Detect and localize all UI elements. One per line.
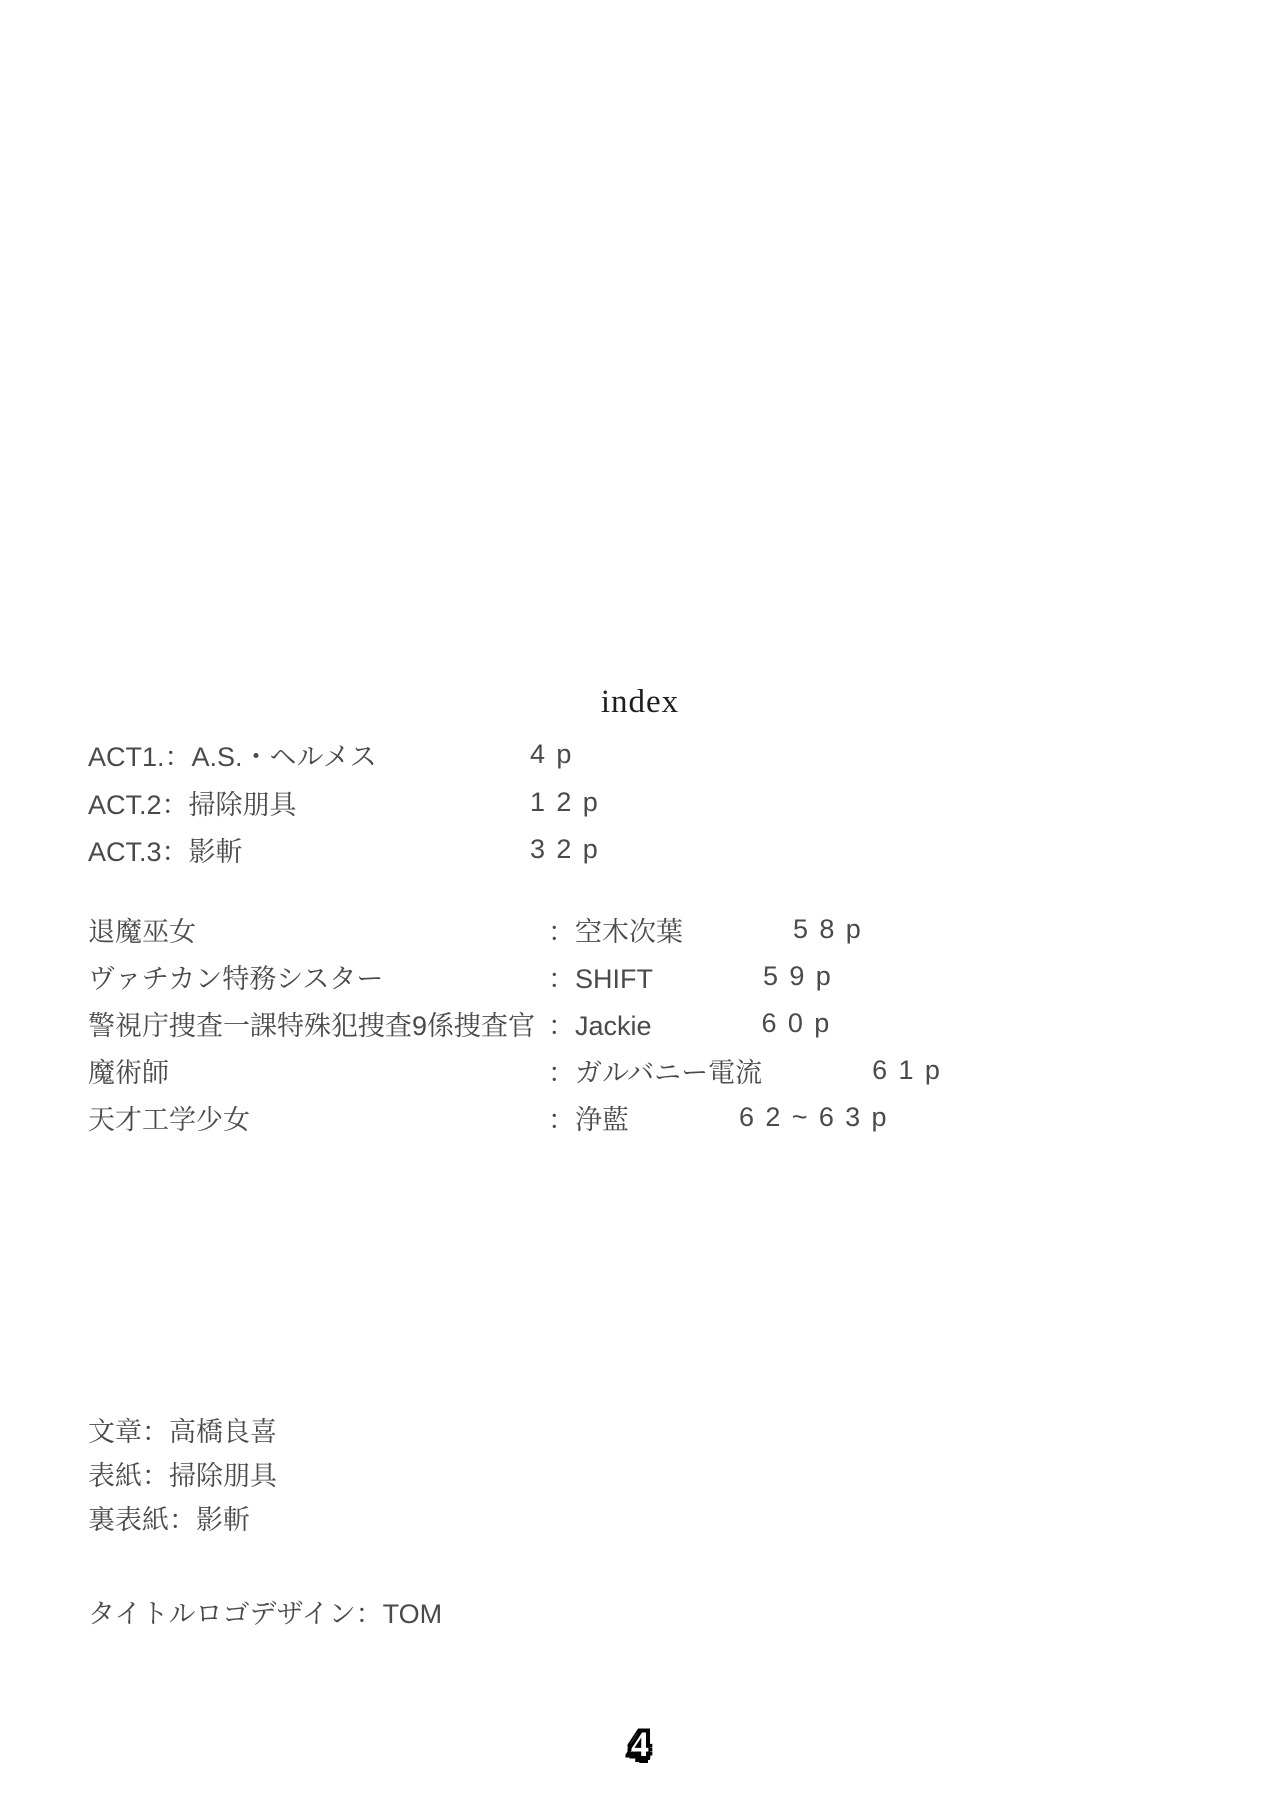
character-row: 警視庁捜査一課特殊犯捜査9係捜査官 ：Jackie 60p [88,1000,951,1047]
page-footer: 4 [0,1722,1280,1768]
character-artist: ：浄藍 [548,1098,629,1137]
character-page-number: 59p [763,961,842,992]
page-number: 4 [625,1722,655,1768]
character-page-number: 61p [872,1055,951,1086]
act-list: ACT1.：A.S.・ヘルメス 4p ACT.2：掃除朋具 12p ACT.3：… [88,731,609,874]
character-role: ヴァチカン特務シスター [88,957,548,996]
character-artist: ：SHIFT [548,957,653,996]
act-title: ACT1.：A.S.・ヘルメス [88,735,530,774]
credit-line: 裏表紙：影斬 [88,1498,277,1542]
index-page: index ACT1.：A.S.・ヘルメス 4p ACT.2：掃除朋具 12p … [0,0,1280,1807]
character-role: 天才工学少女 [88,1098,548,1137]
credit-line: 文章：高橋良喜 [88,1410,277,1454]
character-list: 退魔巫女 ：空木次葉 58p ヴァチカン特務シスター ：SHIFT 59p 警視… [88,906,951,1141]
character-row: 天才工学少女 ：浄藍 62~63p [88,1094,951,1141]
character-row: 魔術師 ：ガルバニー電流 61p [88,1047,951,1094]
act-title: ACT.2：掃除朋具 [88,783,530,822]
character-page-number: 62~63p [739,1102,898,1133]
act-title: ACT.3：影斬 [88,830,530,869]
act-page-number: 32p [530,834,609,865]
character-role: 警視庁捜査一課特殊犯捜査9係捜査官 [88,1004,548,1043]
page-title: index [0,684,1280,721]
character-artist: ：Jackie [548,1004,652,1043]
act-row: ACT1.：A.S.・ヘルメス 4p [88,731,609,779]
character-artist: ：ガルバニー電流 [548,1051,762,1090]
character-page-number: 60p [762,1008,841,1039]
character-role: 退魔巫女 [88,910,548,949]
character-role: 魔術師 [88,1051,548,1090]
act-page-number: 12p [530,787,609,818]
act-row: ACT.2：掃除朋具 12p [88,779,609,827]
credit-line: 表紙：掃除朋具 [88,1454,277,1498]
act-row: ACT.3：影斬 32p [88,826,609,874]
character-artist: ：空木次葉 [548,910,683,949]
act-page-number: 4p [530,739,583,770]
logo-credit-line: タイトルロゴデザイン：TOM [88,1592,442,1631]
character-row: ヴァチカン特務シスター ：SHIFT 59p [88,953,951,1000]
character-page-number: 58p [793,914,872,945]
character-row: 退魔巫女 ：空木次葉 58p [88,906,951,953]
credits-block: 文章：高橋良喜 表紙：掃除朋具 裏表紙：影斬 [88,1410,277,1542]
